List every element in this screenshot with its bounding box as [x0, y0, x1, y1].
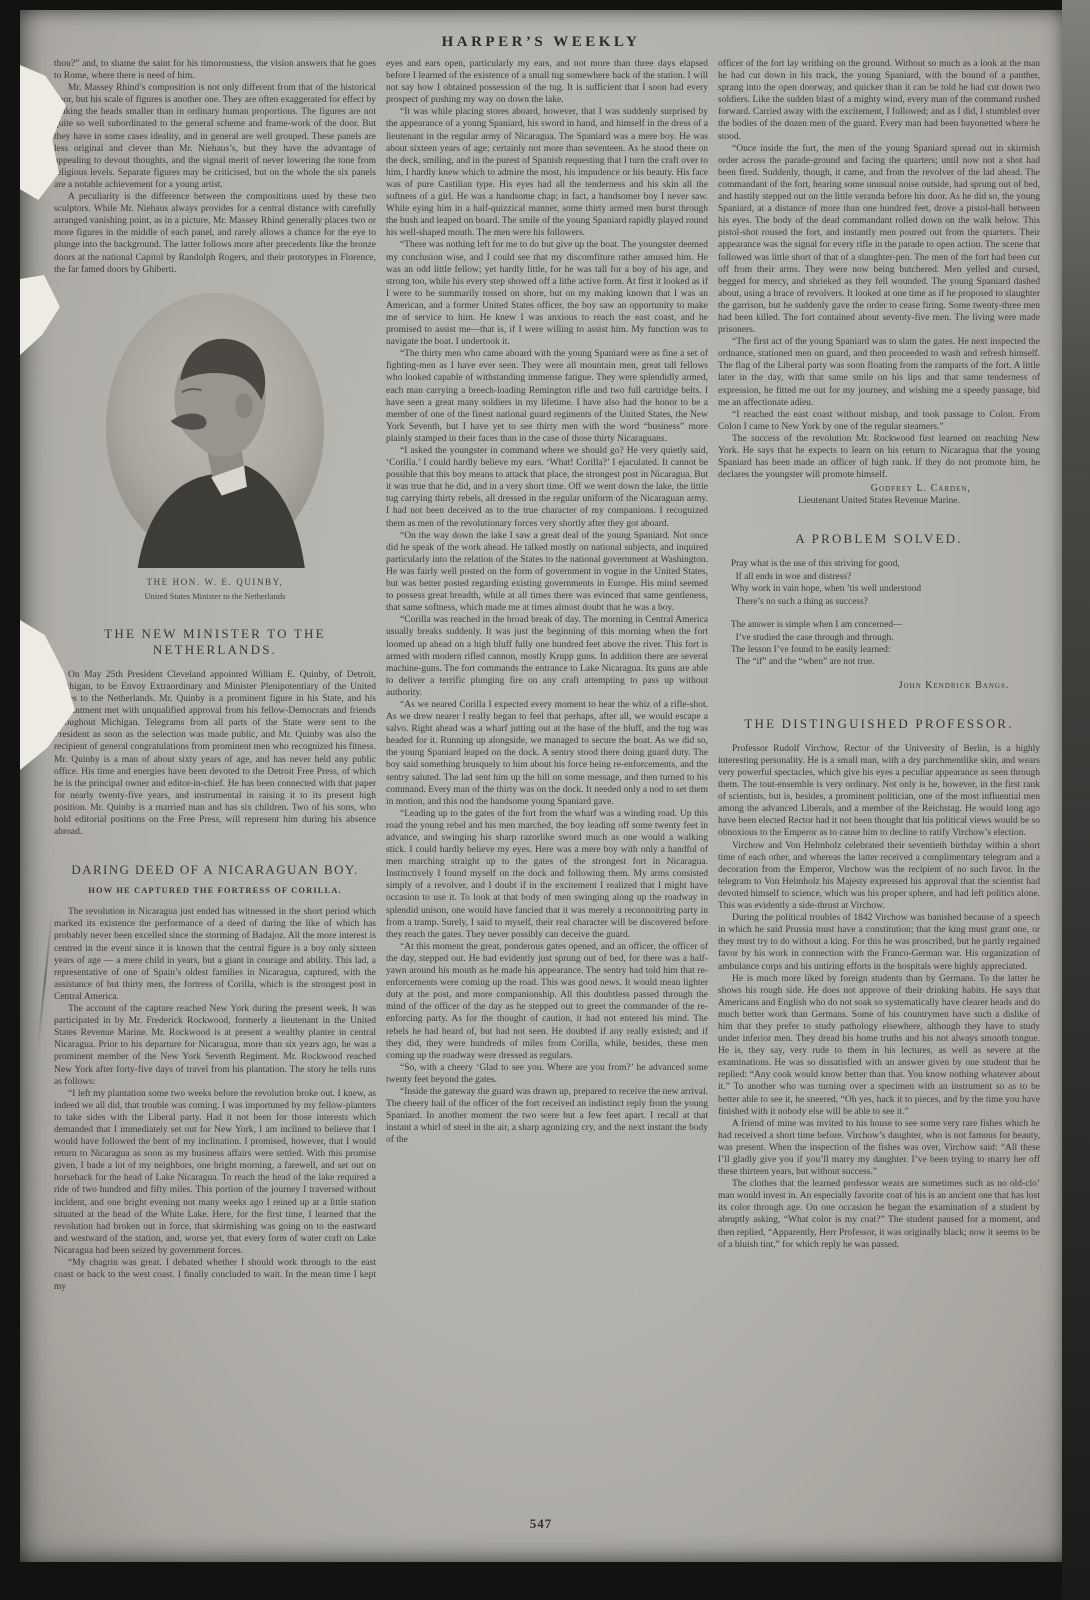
paragraph: “On the way down the lake I saw a great …: [386, 530, 708, 615]
paragraph: The account of the capture reached New Y…: [54, 1003, 376, 1088]
page-number: 547: [530, 1516, 553, 1532]
paragraph: During the political troubles of 1842 Vi…: [718, 912, 1040, 972]
professor-article-title: THE DISTINGUISHED PROFESSOR.: [718, 716, 1040, 732]
paragraph: “As we neared Corilla I expected every m…: [386, 699, 708, 808]
paragraph: “Once inside the fort, the men of the yo…: [718, 143, 1040, 337]
paragraph: “There was nothing left for me to do but…: [386, 239, 708, 348]
paragraph: Virchow and Von Helmholz celebrated thei…: [718, 840, 1040, 913]
paragraph: “Inside the gateway the guard was drawn …: [386, 1086, 708, 1146]
paragraph: “My chagrin was great. I debated whether…: [54, 1257, 376, 1293]
article-signature: Godfrey L. Carden, Lieutenant United Sta…: [718, 483, 1040, 507]
portrait-figure: THE HON. W. E. QUINBY, United States Min…: [90, 288, 340, 602]
paragraph: eyes and ears open, particularly my ears…: [386, 58, 708, 106]
paragraph: Mr. Massey Rhind’s composition is not on…: [54, 82, 376, 191]
photo-background-edge: [1062, 0, 1090, 1600]
paragraph: The revolution in Nicaragua just ended h…: [54, 906, 376, 1003]
column-1: thou?” and, to shame the saint for his t…: [54, 58, 376, 1538]
minister-article-body: On May 25th President Cleveland appointe…: [54, 669, 376, 838]
poem-line: Why work in vain hope, when ’tis well un…: [731, 583, 1027, 595]
paragraph: “The thirty men who came aboard with the…: [386, 348, 708, 445]
paragraph: Professor Rudolf Virchow, Rector of the …: [718, 743, 1040, 840]
paragraph: The success of the revolution Mr. Rockwo…: [718, 433, 1040, 481]
portrait-caption-title: United States Minister to the Netherland…: [90, 590, 340, 602]
daring-article-body: The revolution in Nicaragua just ended h…: [54, 906, 376, 1293]
poem: Pray what is the use of this striving fo…: [731, 558, 1027, 691]
paragraph: A peculiarity is the difference between …: [54, 191, 376, 276]
poem-line: Pray what is the use of this striving fo…: [731, 558, 1027, 570]
paragraph: “The first act of the young Spaniard was…: [718, 336, 1040, 409]
paragraph: “Corilla was reached in the broad break …: [386, 614, 708, 699]
paper-crease: [37, 910, 54, 1049]
article-title-new-minister: THE NEW MINISTER TO THE NETHERLANDS.: [54, 626, 376, 658]
poem-stanza-1: Pray what is the use of this striving fo…: [731, 558, 1027, 608]
paragraph: thou?” and, to shame the saint for his t…: [54, 58, 376, 82]
paragraph: “I reached the east coast without mishap…: [718, 409, 1040, 433]
poem-line: The answer is simple when I am concerned…: [731, 619, 1027, 631]
poem-line: There’s no such a thing as success?: [731, 596, 1027, 608]
paragraph: “So, with a cheery ‘Glad to see you. Whe…: [386, 1062, 708, 1086]
poem-title: A PROBLEM SOLVED.: [718, 531, 1040, 547]
column-2: eyes and ears open, particularly my ears…: [386, 58, 708, 1538]
article-title-daring-deed: DARING DEED OF A NICARAGUAN BOY.: [54, 862, 376, 878]
paragraph: A friend of mine was invited to his hous…: [718, 1118, 1040, 1178]
portrait-illustration: [97, 288, 333, 568]
paragraph: “Leading up to the gates of the fort fro…: [386, 808, 708, 941]
poem-line: The lesson I’ve found to be easily learn…: [731, 644, 1027, 656]
poem-line: The “if” and the “when” are not true.: [731, 656, 1027, 668]
paragraph: “I asked the youngster in command where …: [386, 445, 708, 530]
poem-line: I’ve studied the case through and throug…: [731, 632, 1027, 644]
signature-title: Lieutenant United States Revenue Marine.: [718, 495, 1040, 507]
daring-article-continued: eyes and ears open, particularly my ears…: [386, 58, 708, 1146]
magazine-page: HARPER’S WEEKLY thou?” and, to shame the…: [20, 10, 1062, 1562]
paragraph: He is much more liked by foreign student…: [718, 973, 1040, 1118]
paragraph: The clothes that the learned professor w…: [718, 1178, 1040, 1251]
paragraph: “At this moment the great, ponderous gat…: [386, 941, 708, 1062]
portrait-caption-name: THE HON. W. E. QUINBY,: [90, 576, 340, 588]
signature-name: Godfrey L. Carden,: [718, 483, 1040, 495]
professor-article-body: Professor Rudolf Virchow, Rector of the …: [718, 743, 1040, 1251]
poem-line: If all ends in woe and distress?: [731, 571, 1027, 583]
poem-stanza-2: The answer is simple when I am concerned…: [731, 619, 1027, 669]
paragraph: officer of the fort lay writhing on the …: [718, 58, 1040, 143]
publication-masthead: HARPER’S WEEKLY: [20, 34, 1062, 51]
sculptor-article-continuation: thou?” and, to shame the saint for his t…: [54, 58, 376, 276]
daring-deed-subtitle: HOW HE CAPTURED THE FORTRESS OF CORILLA.: [54, 884, 376, 896]
daring-article-conclusion: officer of the fort lay writhing on the …: [718, 58, 1040, 481]
paragraph: “I left my plantation some two weeks bef…: [54, 1088, 376, 1257]
poem-author: John Kendrick Bangs.: [731, 680, 1027, 692]
column-3: officer of the fort lay writhing on the …: [718, 58, 1040, 1538]
paragraph: “It was while placing stores aboard, how…: [386, 106, 708, 239]
portrait-photo: [97, 288, 333, 568]
text-columns: thou?” and, to shame the saint for his t…: [54, 58, 1040, 1538]
paragraph: On May 25th President Cleveland appointe…: [54, 669, 376, 838]
